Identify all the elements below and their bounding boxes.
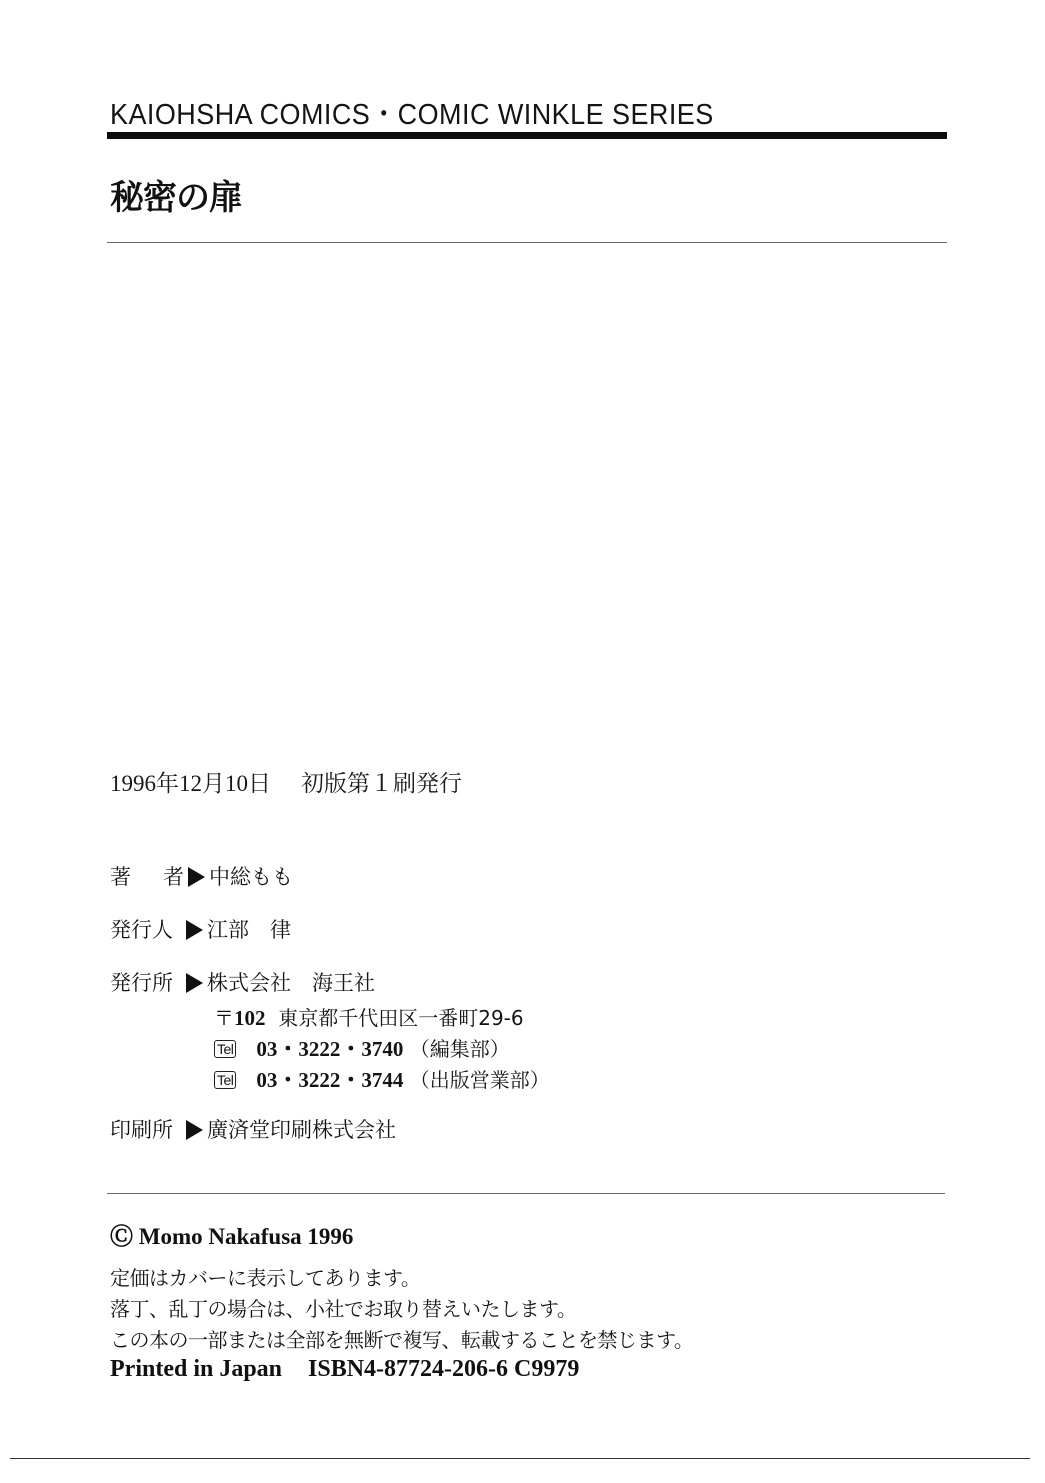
copyright-notice: Ⓒ Momo Nakafusa 1996 [110,1218,353,1251]
printed-line: Printed in JapanISBN4-87724-206-6 C9979 [110,1356,579,1383]
phone-number: 03・3222・3744 [256,1068,403,1092]
phone-department: （出版営業部） [410,1068,550,1092]
footer-divider [107,1193,945,1194]
publication-date: 1996年12月10日 [110,771,271,796]
author-row: 著者中総もも [110,861,293,891]
title-divider [107,242,947,243]
copy-prohibition-note: この本の一部または全部を無断で複写、転載することを禁じます。 [110,1324,693,1353]
tel-icon: Tel [214,1040,236,1058]
triangle-arrow-icon [186,920,203,940]
isbn: ISBN4-87724-206-6 C9979 [308,1356,579,1382]
author-label: 著者 [110,861,188,891]
printer-row: 印刷所廣済堂印刷株式会社 [110,1114,396,1144]
postal-mark-icon: 〒 [214,1006,234,1030]
publisher-person-label: 発行人 [110,914,186,944]
series-name: KAIOHSHA COMICS・COMIC WINKLE SERIES [110,92,714,133]
price-note: 定価はカバーに表示してあります。 [110,1262,420,1291]
phone-line-2: Tel03・3222・3744 （出版営業部） [214,1064,550,1094]
publisher-label: 発行所 [110,967,186,997]
printer-label: 印刷所 [110,1114,186,1144]
edition-info: 初版第１刷発行 [301,771,462,796]
phone-number: 03・3222・3740 [256,1037,403,1061]
printer-name: 廣済堂印刷株式会社 [207,1118,396,1142]
publication-line: 1996年12月10日初版第１刷発行 [110,765,462,798]
publisher-person-name: 江部 律 [207,918,291,942]
address-line: 〒102 東京都千代田区一番町29-6 [214,1002,524,1031]
tel-icon: Tel [214,1071,236,1089]
publisher-person-row: 発行人江部 律 [110,914,291,944]
book-title: 秘密の扉 [110,170,242,219]
defect-note: 落丁、乱丁の場合は、小社でお取り替えいたします。 [110,1293,576,1322]
triangle-arrow-icon [186,973,203,993]
page-bottom-edge [10,1458,1030,1459]
phone-line-1: Tel03・3222・3740 （編集部） [214,1033,510,1063]
triangle-arrow-icon [186,1120,203,1140]
triangle-arrow-icon [188,867,205,887]
publisher-name: 株式会社 海王社 [207,971,375,995]
phone-department: （編集部） [410,1037,510,1061]
postal-code: 102 [234,1006,266,1030]
address-text: 東京都千代田区一番町29-6 [278,1006,523,1030]
publisher-row: 発行所株式会社 海王社 [110,967,375,997]
header-thick-rule [107,132,947,139]
author-name: 中総もも [209,865,293,889]
printed-in: Printed in Japan [110,1356,282,1382]
